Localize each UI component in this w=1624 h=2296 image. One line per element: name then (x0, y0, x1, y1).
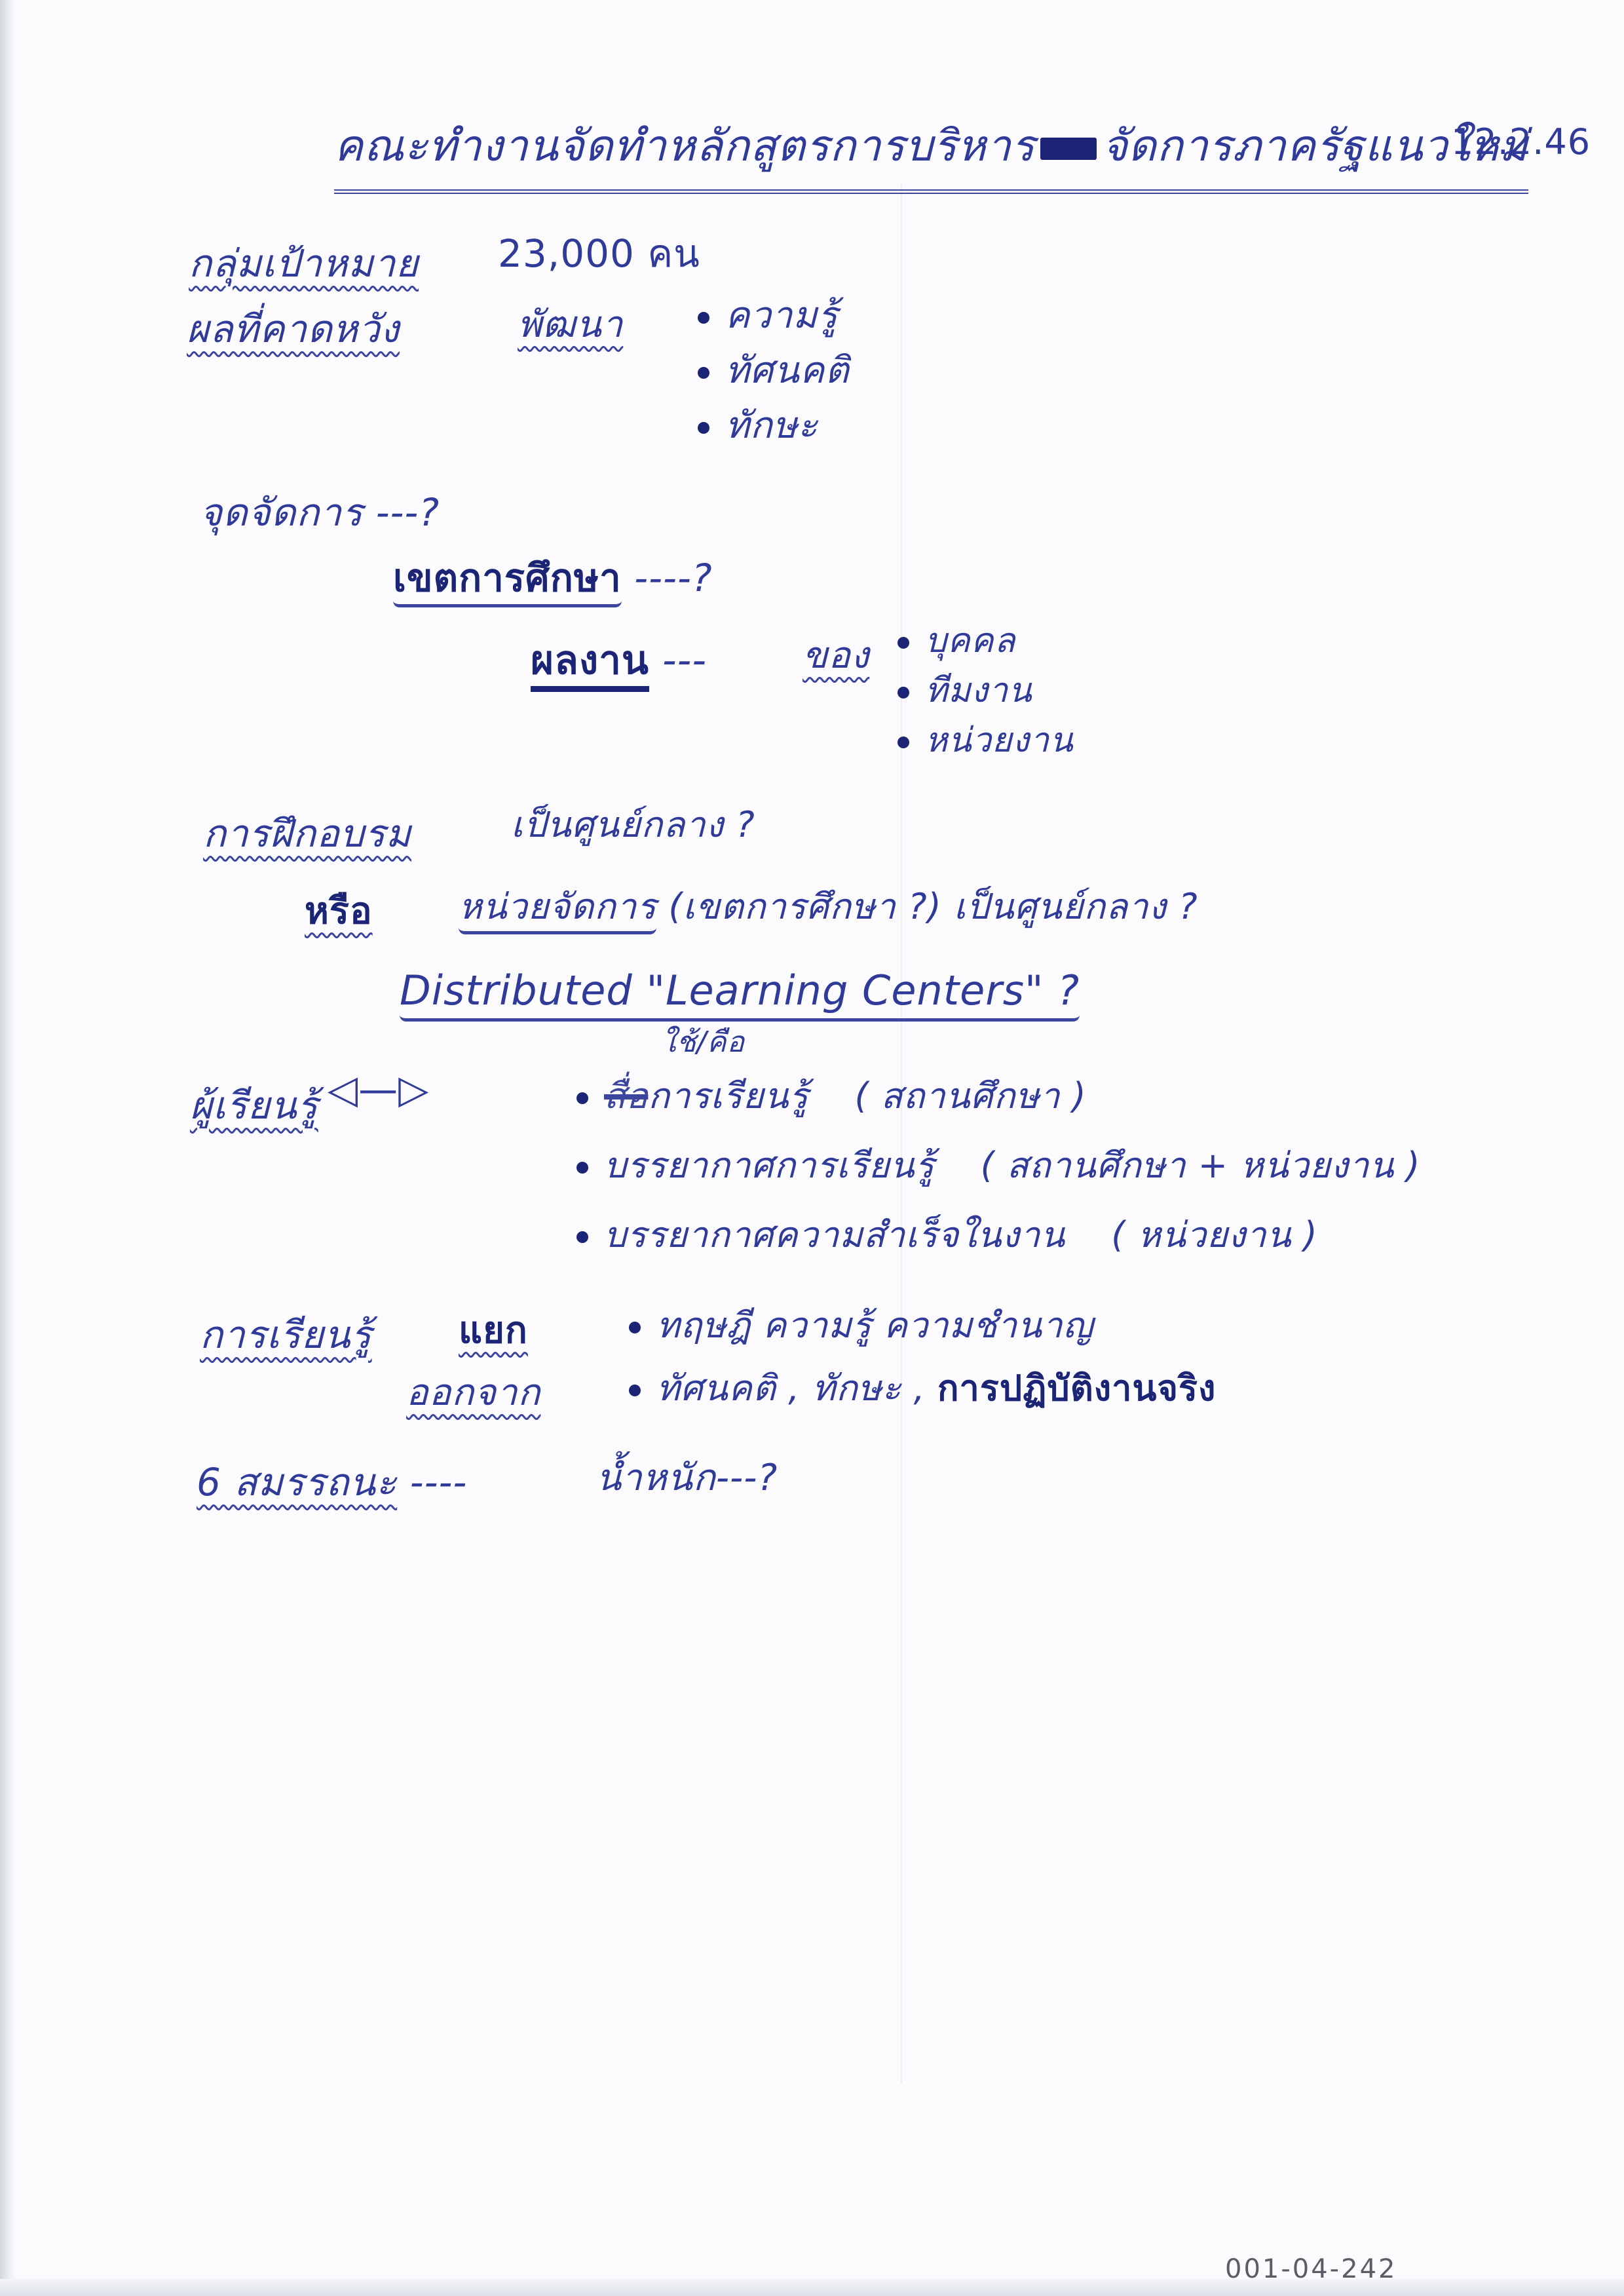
learner-label: ผู้เรียนรู้ (190, 1075, 318, 1136)
performance-label: ผลงาน (531, 638, 649, 692)
distributed-learning-centers: Distributed "Learning Centers" ? (400, 966, 1080, 1022)
list-item: ทีมงาน (897, 666, 1074, 716)
emphasis-text: การปฏิบัติงานจริง (937, 1368, 1217, 1409)
use-annotation: ใช้/คือ (662, 1019, 745, 1065)
training-label: การฝึกอบรม (203, 803, 411, 864)
from-label: ออกจาก (406, 1363, 540, 1421)
education-zone-label: เขตการศึกษา (393, 556, 622, 607)
list-item: ทัศนคติ (698, 343, 850, 398)
bullet-icon (897, 737, 909, 748)
target-group-label: กลุ่มเป้าหมาย (189, 233, 419, 294)
separate-label: แยก (459, 1301, 528, 1359)
page-title: คณะทำงานจัดทำหลักสูตรการบริหารจัดการภาคร… (334, 111, 1528, 194)
weight-question: น้ำหนัก---? (596, 1448, 778, 1506)
learning-list: ทฤษฎี ความรู้ ความชำนาญ ทัศนคติ , ทักษะ … (629, 1294, 1216, 1420)
list-item: บรรยากาศการเรียนรู้( สถานศึกษา + หน่วยงา… (576, 1131, 1421, 1200)
page-id: 001-04-242 (1225, 2254, 1397, 2284)
learner-list: สื่อการเรียนรู้( สถานศึกษา ) บรรยากาศการ… (576, 1062, 1421, 1270)
training-center-question: เป็นศูนย์กลาง ? (511, 796, 755, 852)
bullet-icon (629, 1385, 641, 1396)
list-item: บุคคล (897, 616, 1074, 666)
bullet-icon (698, 422, 709, 434)
list-item: สื่อการเรียนรู้( สถานศึกษา ) (576, 1062, 1421, 1131)
education-zone-suffix: ----? (634, 556, 713, 600)
management-unit-label: หน่วยจัดการ (459, 886, 656, 934)
management-unit: หน่วยจัดการ (เขตการศึกษา ?) เป็นศูนย์กลา… (459, 878, 1198, 934)
list-item-note: ( สถานศึกษา + หน่วยงาน ) (981, 1145, 1421, 1186)
bullet-icon (698, 367, 709, 379)
bullet-icon (897, 637, 909, 649)
learning-label: การเรียนรู้ (200, 1304, 372, 1365)
competency-label: 6 สมรรถนะ (197, 1460, 397, 1504)
education-zone: เขตการศึกษา ----? (393, 547, 713, 608)
management-point-label: จุดจัดการ ---? (200, 482, 440, 543)
bullet-icon (698, 312, 709, 324)
list-item: ทัศนคติ , ทักษะ , การปฏิบัติงานจริง (629, 1357, 1216, 1420)
performance-dash: --- (662, 638, 707, 683)
performance-list: บุคคล ทีมงาน หน่วยงาน (897, 616, 1074, 765)
bullet-icon (576, 1162, 588, 1174)
date-label: 12.2.46 (1451, 121, 1591, 163)
competency: 6 สมรรถนะ ---- (197, 1451, 467, 1512)
list-item: ทักษะ (698, 398, 850, 453)
bullet-icon (897, 687, 909, 698)
title-part1: คณะทำงานจัดทำหลักสูตรการบริหาร (334, 121, 1035, 171)
bullet-icon (576, 1231, 588, 1243)
double-arrow-icon: ◁—▷ (328, 1067, 429, 1113)
of-label: ของ (803, 626, 869, 684)
list-item: บรรยากาศความสำเร็จในงาน( หน่วยงาน ) (576, 1200, 1421, 1270)
list-item-note: ( หน่วยงาน ) (1111, 1214, 1318, 1255)
redacted-block (1040, 138, 1097, 160)
struck-text: สื่อ (604, 1075, 648, 1117)
list-item: ความรู้ (698, 288, 850, 343)
develop-label: พัฒนา (518, 295, 623, 353)
bullet-icon (629, 1322, 641, 1333)
bullet-icon (576, 1092, 588, 1104)
competency-dash: ---- (410, 1460, 468, 1504)
expected-results-list: ความรู้ ทัศนคติ ทักษะ (698, 288, 850, 453)
or-label: หรือ (305, 881, 373, 940)
list-item: หน่วยงาน (897, 716, 1074, 765)
performance: ผลงาน --- (531, 629, 707, 691)
expected-results-label: ผลที่คาดหวัง (187, 298, 400, 359)
scan-edge-left (0, 0, 16, 2296)
list-item-note: ( สถานศึกษา ) (854, 1075, 1086, 1117)
management-unit-detail: (เขตการศึกษา ?) เป็นศูนย์กลาง ? (668, 886, 1198, 927)
target-group-value: 23,000 คน (498, 223, 700, 284)
list-item: ทฤษฎี ความรู้ ความชำนาญ (629, 1294, 1216, 1357)
